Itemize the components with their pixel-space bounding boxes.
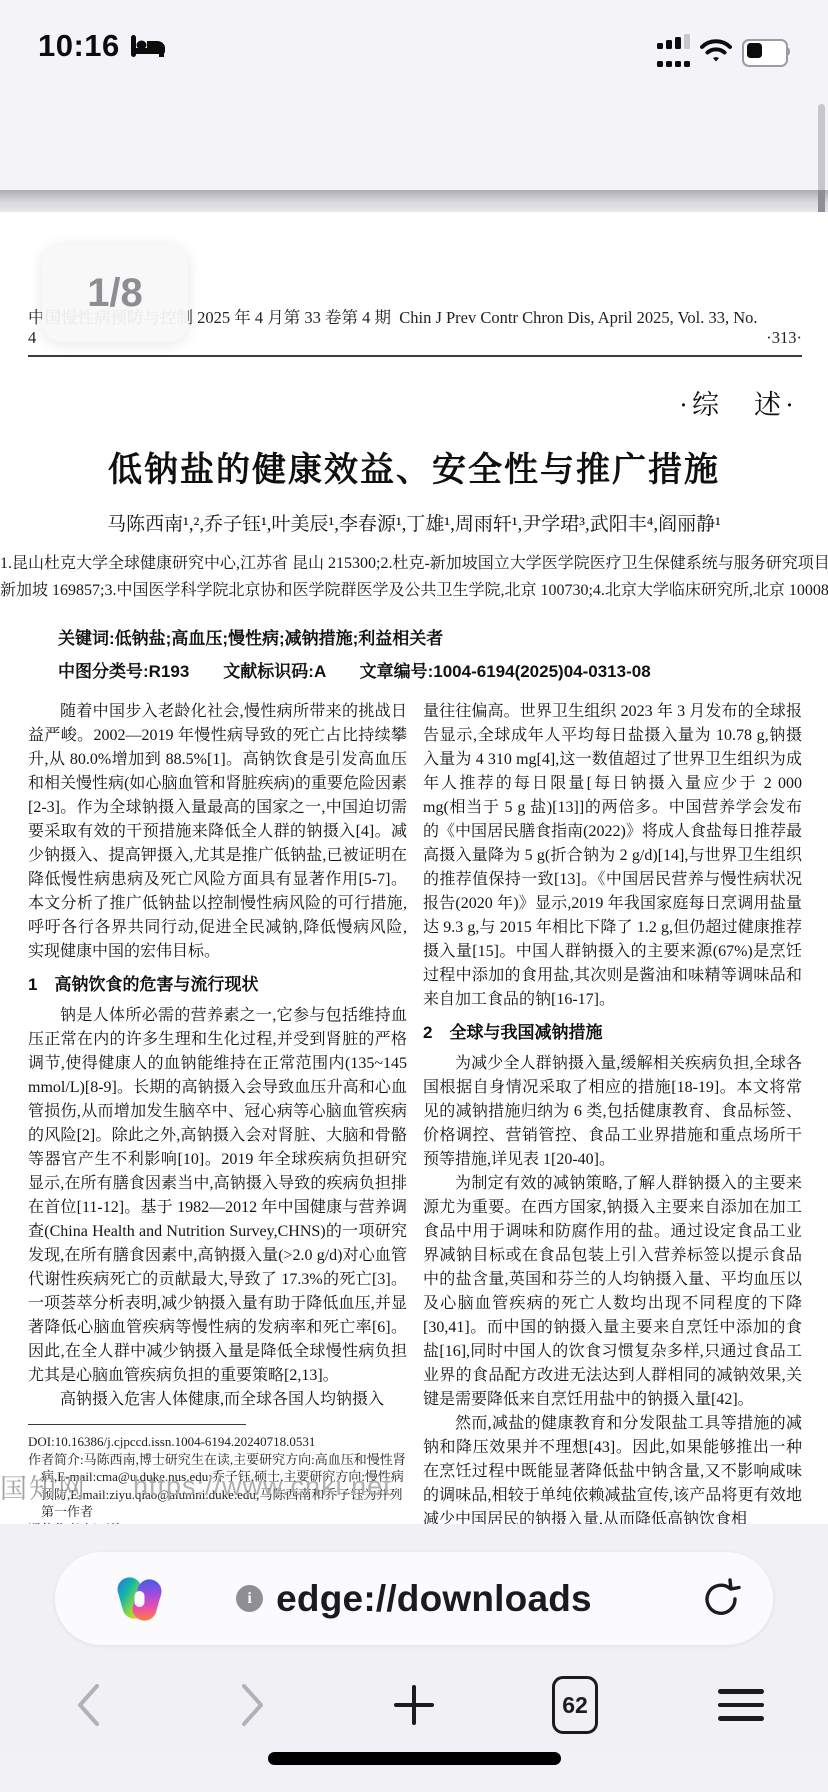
paragraph: 高钠摄入危害人体健康,而全球各国人均钠摄入 xyxy=(28,1388,407,1412)
battery-icon xyxy=(742,39,792,63)
refresh-icon[interactable] xyxy=(699,1577,743,1621)
paragraph: 量往往偏高。世界卫生组织 2023 年 3 月发布的全球报告显示,全球成年人平均… xyxy=(423,700,802,1012)
article-affiliations: 1.昆山杜克大学全球健康研究中心,江苏省 昆山 215300;2.杜克-新加坡国… xyxy=(0,550,828,604)
sleep-focus-bed-icon xyxy=(130,33,166,59)
article-title: 低钠盐的健康效益、安全性与推广措施 xyxy=(0,442,828,491)
forward-button[interactable] xyxy=(223,1675,283,1735)
cellular-signal-icon xyxy=(657,34,690,67)
tabs-button[interactable]: 62 xyxy=(545,1675,605,1735)
pdf-toolbar: A xyxy=(0,100,828,190)
browser-url-section: i edge://downloads xyxy=(0,1524,828,1657)
article-body: 随着中国步入老龄化社会,慢性病所带来的挑战日益严峻。2002—2019 年慢性病… xyxy=(28,700,802,1524)
cnki-watermark-url: https://www.cnki.net xyxy=(133,1471,392,1502)
right-column: 量往往偏高。世界卫生组织 2023 年 3 月发布的全球报告显示,全球成年人平均… xyxy=(423,700,802,1524)
home-indicator[interactable] xyxy=(268,1752,561,1765)
doi-line: DOI:10.16386/j.cjpccd.issn.1004-6194.202… xyxy=(28,1433,407,1451)
menu-button[interactable] xyxy=(711,1675,771,1735)
browser-bottom-nav: 62 xyxy=(0,1657,828,1752)
article-authors: 马陈西南¹,²,乔子钰¹,叶美辰¹,李春源¹,丁雄¹,周雨轩¹,尹学珺³,武阳丰… xyxy=(0,509,828,536)
affiliation-line-2: 新加坡 169857;3.中国医学科学院北京协和医学院群医学及公共卫生学院,北京… xyxy=(0,577,828,604)
keywords-line: 关键词:低钠盐;高血压;慢性病;减钠措施;利益相关者 xyxy=(58,624,788,649)
paragraph: 随着中国步入老龄化社会,慢性病所带来的挑战日益严峻。2002—2019 年慢性病… xyxy=(28,700,407,964)
cnki-watermark-cn: 国知网 xyxy=(0,1467,87,1506)
paragraph: 为减少全人群钠摄入量,缓解相关疾病负担,全球各国根据自身情况采取了相应的措施[1… xyxy=(423,1052,802,1172)
url-text[interactable]: edge://downloads xyxy=(276,1578,592,1620)
classification-line: 中图分类号:R193 文献标识码:A 文章编号:1004-6194(2025)0… xyxy=(58,657,788,682)
footnote-divider xyxy=(28,1424,246,1425)
paragraph: 为制定有效的减钠策略,了解人群钠摄入的主要来源尤为重要。在西方国家,钠摄入主要来… xyxy=(423,1172,802,1412)
paragraph: 然而,减盐的健康教育和分发限盐工具等措施的减钠和降压效果并不理想[43]。因此,… xyxy=(423,1412,802,1524)
copilot-icon[interactable] xyxy=(113,1572,166,1625)
page-indicator: 1/8 xyxy=(87,271,143,316)
toolbar-shadow-band xyxy=(0,190,828,212)
status-time: 10:16 xyxy=(38,28,120,64)
address-bar[interactable]: i edge://downloads xyxy=(55,1552,773,1645)
tab-counter: 62 xyxy=(552,1676,598,1734)
journal-page-number: ·313· xyxy=(766,328,802,348)
new-tab-button[interactable] xyxy=(384,1675,444,1735)
keywords-block: 关键词:低钠盐;高血压;慢性病;减钠措施;利益相关者 中图分类号:R193 文献… xyxy=(58,624,788,682)
back-button[interactable] xyxy=(58,1675,118,1735)
hamburger-icon xyxy=(718,1689,764,1721)
left-column: 随着中国步入老龄化社会,慢性病所带来的挑战日益严峻。2002—2019 年慢性病… xyxy=(28,700,407,1524)
tab-count: 62 xyxy=(562,1692,588,1719)
article-type-label: ·综 述· xyxy=(0,383,798,422)
status-bar: 10:16 xyxy=(0,0,828,100)
wifi-icon xyxy=(700,39,732,63)
page-indicator-badge: 1/8 xyxy=(42,244,188,342)
section-2-heading: 2 全球与我国减钠措施 xyxy=(423,1021,802,1045)
section-1-heading: 1 高钠饮食的危害与流行现状 xyxy=(28,973,407,997)
site-info-icon[interactable]: i xyxy=(236,1585,263,1612)
paragraph: 钠是人体所必需的营养素之一,它参与包括维持血压正常在内的许多生理和生化过程,并受… xyxy=(28,1004,407,1388)
affiliation-line-1: 1.昆山杜克大学全球健康研究中心,江苏省 昆山 215300;2.杜克-新加坡国… xyxy=(0,550,828,577)
pdf-page: 1/8 中国慢性病预防与控制 2025 年 4 月第 33 卷第 4 期 Chi… xyxy=(0,212,828,1524)
cnki-watermark: 国知网 https://www.cnki.net xyxy=(0,1467,392,1506)
